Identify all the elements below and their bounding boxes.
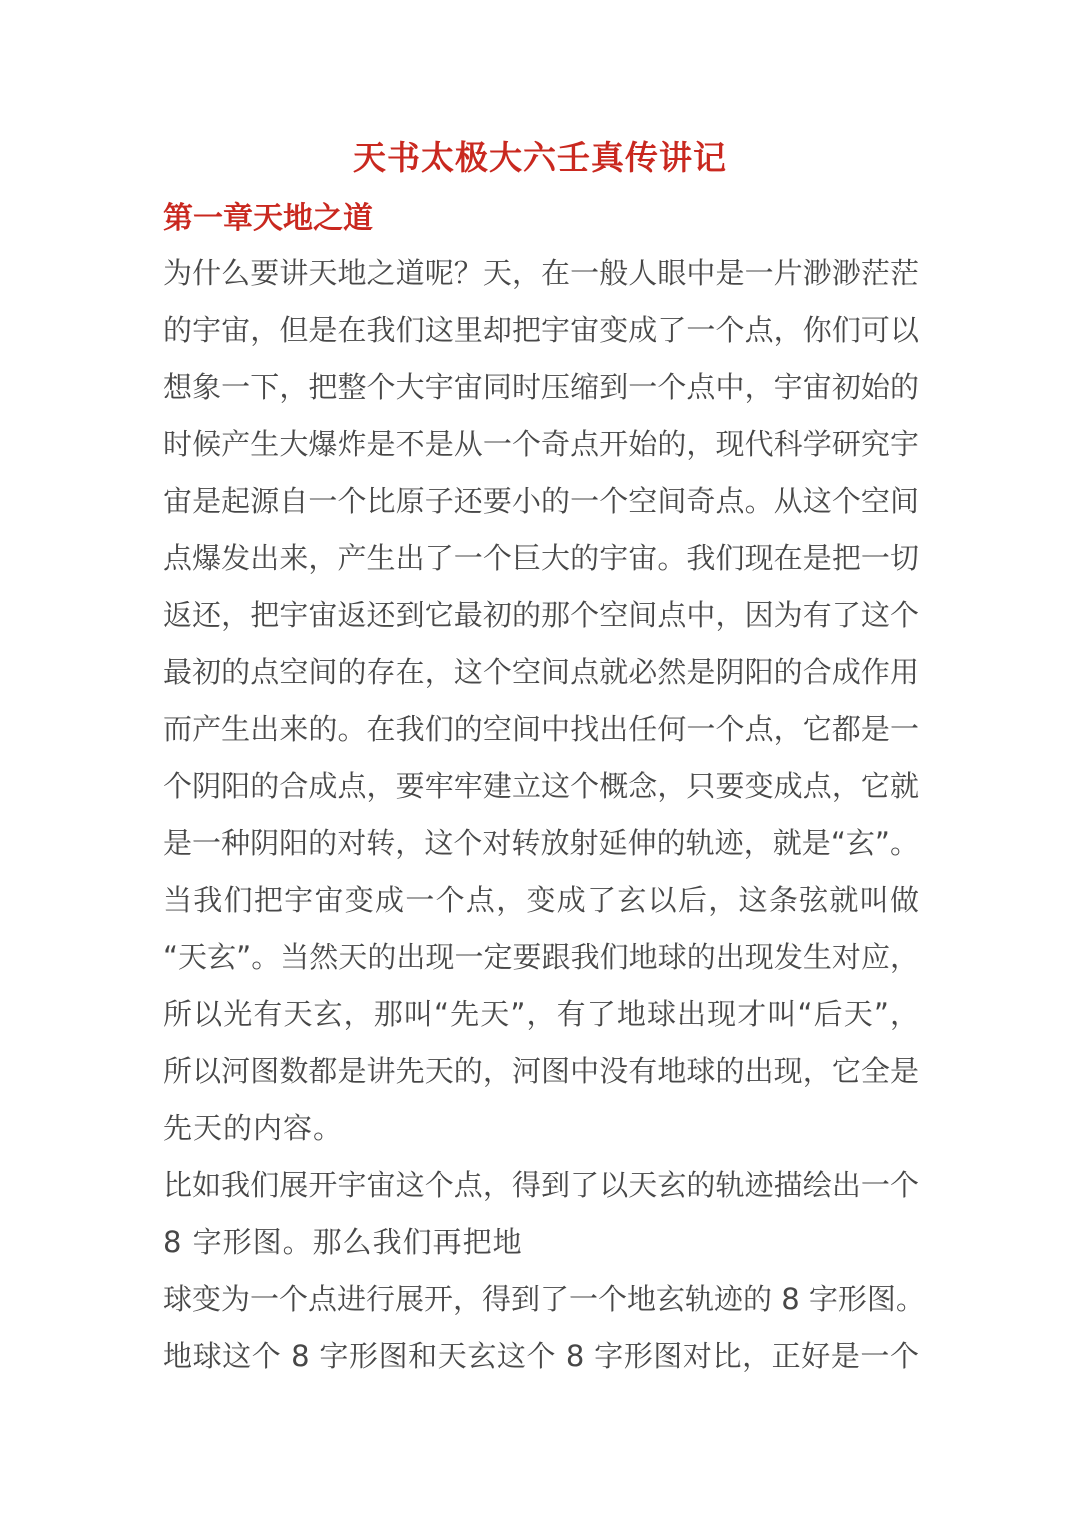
body-text-line: 8 字形图。那么我们再把地 [163, 1214, 919, 1271]
body-text-line: “天玄”。当然天的出现一定要跟我们地球的出现发生对应， [163, 929, 919, 986]
body-text-line: 返还，把宇宙返还到它最初的那个空间点中，因为有了这个 [163, 587, 919, 644]
body-text-line: 时候产生大爆炸是不是从一个奇点开始的，现代科学研究宇 [163, 416, 919, 473]
body-text-line: 当我们把宇宙变成一个点，变成了玄以后，这条弦就叫做 [163, 872, 919, 929]
body-text-line: 最初的点空间的存在，这个空间点就必然是阴阳的合成作用 [163, 644, 919, 701]
body-text-line: 个阴阳的合成点，要牢牢建立这个概念，只要变成点，它就 [163, 758, 919, 815]
body-text-line: 想象一下，把整个大宇宙同时压缩到一个点中，宇宙初始的 [163, 359, 919, 416]
body-text-line: 地球这个 8 字形图和天玄这个 8 字形图对比，正好是一个 [163, 1328, 919, 1385]
document-page: 天书太极大六壬真传讲记 第一章天地之道 为什么要讲天地之道呢？天，在一般人眼中是… [0, 0, 1080, 1526]
body-text-line: 所以河图数都是讲先天的，河图中没有地球的出现，它全是 [163, 1043, 919, 1100]
body-text-line: 而产生出来的。在我们的空间中找出任何一个点，它都是一 [163, 701, 919, 758]
body-text-block: 为什么要讲天地之道呢？天，在一般人眼中是一片渺渺茫茫的宇宙，但是在我们这里却把宇… [163, 245, 919, 1385]
document-title: 天书太极大六壬真传讲记 [162, 138, 918, 178]
body-text-line: 所以光有天玄，那叫“先天”，有了地球出现才叫“后天”， [163, 986, 919, 1043]
body-text-line: 比如我们展开宇宙这个点，得到了以天玄的轨迹描绘出一个 [163, 1157, 919, 1214]
chapter-heading: 第一章天地之道 [163, 200, 919, 238]
body-text-line: 先天的内容。 [163, 1100, 919, 1157]
body-text-line: 宙是起源自一个比原子还要小的一个空间奇点。从这个空间 [163, 473, 919, 530]
body-text-line: 为什么要讲天地之道呢？天，在一般人眼中是一片渺渺茫茫 [163, 245, 919, 302]
body-text-line: 球变为一个点进行展开，得到了一个地玄轨迹的 8 字形图。 [163, 1271, 919, 1328]
body-text-line: 的宇宙，但是在我们这里却把宇宙变成了一个点，你们可以 [163, 302, 919, 359]
body-text-line: 是一种阴阳的对转，这个对转放射延伸的轨迹，就是“玄”。 [163, 815, 919, 872]
body-text-line: 点爆发出来，产生出了一个巨大的宇宙。我们现在是把一切 [163, 530, 919, 587]
